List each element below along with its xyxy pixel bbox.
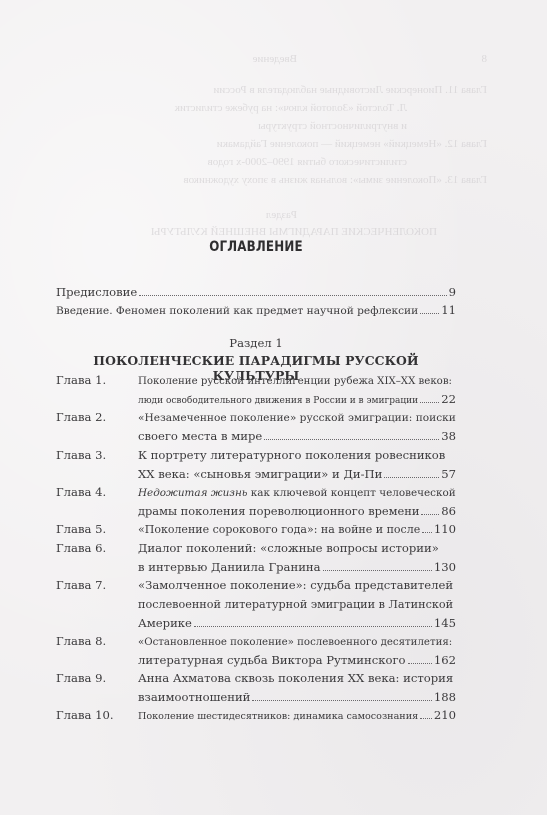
dot-leader [422, 532, 432, 533]
entry-text: литературная судьба Виктора Рутминского [138, 651, 406, 670]
toc-entry-chapter-3[interactable]: Глава 3. К портрету литературного поколе… [56, 446, 456, 484]
toc-entry-chapter-6[interactable]: Глава 6. Диалог поколений: «сложные вопр… [56, 539, 456, 577]
page-number: 22 [441, 390, 456, 409]
entry-text: Америке [138, 614, 192, 633]
chapter-label: Глава 1. [56, 371, 138, 390]
toc-entry-chapter-9[interactable]: Глава 9. Анна Ахматова сквозь поколения … [56, 669, 456, 707]
book-page: Введение 8 Глава 11. Пионерские Листовид… [0, 0, 547, 815]
entry-text: Поколение русской интеллигенции рубежа X… [138, 372, 452, 391]
dot-leader [420, 402, 439, 403]
chapter-label: Глава 4. [56, 483, 138, 502]
toc-entry-chapter-5[interactable]: Глава 5. «Поколение сорокового года»: на… [56, 520, 456, 539]
dot-leader [408, 663, 432, 664]
entry-text: как ключевой концепт человеческой [247, 487, 455, 499]
bleed-line: Л. Толстой «Золотой ключ»: на рубеже сти… [175, 102, 407, 114]
entry-text: «Замолченное поколение»: судьба представ… [138, 576, 453, 595]
page-number: 86 [441, 502, 456, 521]
bleed-line: Глава 12. «Немецкий» немецкий — поколени… [217, 138, 487, 150]
page-number: 38 [441, 427, 456, 446]
bleed-line: ПОКОЛЕНЧЕСКИЕ ПАРАДИГМЫ ВНЕШНЕЙ КУЛЬТУРЫ [151, 226, 437, 238]
bleed-line: и внутриличностной структуры [258, 120, 407, 132]
entry-text: послевоенной литературной эмиграции в Ла… [138, 595, 453, 614]
entry-text: своего места в мире [138, 427, 262, 446]
chapter-label: Глава 5. [56, 520, 138, 539]
entry-text: XX века: «сыновья эмиграции» и Ди-Пи [138, 465, 382, 484]
entry-text: «Остановленное поколение» послевоенного … [138, 633, 452, 652]
dot-leader [420, 718, 432, 719]
italic-concept: Недожитая жизнь [138, 487, 247, 499]
bleed-page-number: 8 [482, 53, 488, 65]
entry-text: «Поколение сорокового года»: на войне и … [138, 520, 420, 539]
entry-text: Диалог поколений: «сложные вопросы истор… [138, 539, 439, 558]
toc-entry-chapter-7[interactable]: Глава 7. «Замолченное поколение»: судьба… [56, 576, 456, 633]
page-number: 57 [441, 465, 456, 484]
bleed-line: Глава 13. «Поколение зимы»: вольная жизн… [183, 174, 487, 186]
chapter-label: Глава 9. [56, 669, 138, 688]
dot-leader [264, 439, 439, 440]
bleed-header: Введение [253, 53, 297, 65]
page-number: 162 [434, 651, 456, 670]
entry-text: Анна Ахматова сквозь поколения XX века: … [138, 669, 453, 688]
page-number: 110 [434, 520, 456, 539]
entry-text: К портрету литературного поколения ровес… [138, 446, 445, 465]
page-number: 9 [449, 283, 456, 302]
toc-entry-preface[interactable]: Предисловие 9 [56, 283, 456, 302]
chapter-label: Глава 7. [56, 576, 138, 595]
toc-entry-chapter-2[interactable]: Глава 2. «Незамеченное поколение» русско… [56, 408, 456, 446]
dot-leader [252, 700, 431, 701]
dot-leader [323, 570, 432, 571]
entry-text: «Незамеченное поколение» русской эмиграц… [138, 409, 456, 428]
bleed-line: стилистического бытия 1990–2000-х годов [208, 156, 408, 168]
toc-entry-introduction[interactable]: Введение. Феномен поколений как предмет … [56, 301, 456, 320]
dot-leader [384, 477, 439, 478]
section-label: Раздел 1 [56, 336, 456, 350]
toc-entry-chapter-1[interactable]: Глава 1. Поколение русской интеллигенции… [56, 371, 456, 409]
chapter-label: Глава 6. [56, 539, 138, 558]
page-number: 188 [434, 688, 456, 707]
entry-text-line: Недожитая жизнь как ключевой концепт чел… [138, 484, 456, 503]
entry-text: драмы поколения пореволюционного времени [138, 502, 419, 521]
bleed-line: Раздел [266, 209, 297, 221]
dot-leader [139, 295, 446, 296]
page-number: 210 [434, 706, 456, 725]
entry-text: Поколение шестидесятников: динамика само… [138, 707, 418, 726]
page-number: 145 [434, 614, 456, 633]
toc-entry-chapter-8[interactable]: Глава 8. «Остановленное поколение» после… [56, 632, 456, 670]
chapter-label: Глава 8. [56, 632, 138, 651]
entry-text: в интервью Даниила Гранина [138, 558, 321, 577]
dot-leader [421, 514, 439, 515]
page-number: 130 [434, 558, 456, 577]
entry-text: взаимоотношений [138, 688, 250, 707]
toc-entry-chapter-10[interactable]: Глава 10. Поколение шестидесятников: дин… [56, 706, 456, 725]
toc-entry-chapter-4[interactable]: Глава 4. Недожитая жизнь как ключевой ко… [56, 483, 456, 521]
entry-text: Предисловие [56, 283, 137, 302]
chapter-label: Глава 2. [56, 408, 138, 427]
toc-title: ОГЛАВЛЕНИЕ [92, 239, 420, 255]
entry-text: Введение. Феномен поколений как предмет … [56, 302, 418, 321]
dot-leader [194, 626, 432, 627]
bleed-line: Глава 11. Пионерские Листовидные наблюда… [213, 84, 487, 96]
dot-leader [420, 313, 439, 314]
chapter-label: Глава 10. [56, 706, 138, 725]
page-number: 11 [441, 301, 456, 320]
chapter-label: Глава 3. [56, 446, 138, 465]
